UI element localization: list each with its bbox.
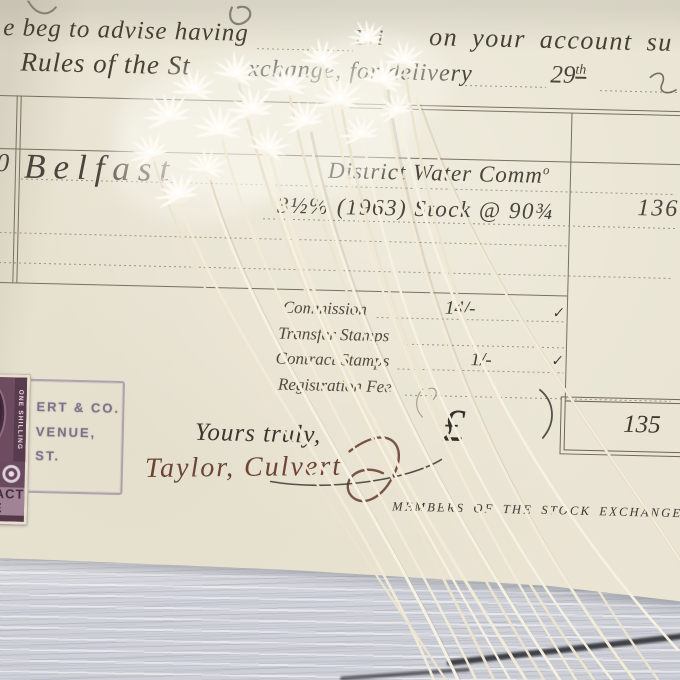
dotted-row-4 xyxy=(0,262,674,279)
office-stamp-line3: ST. xyxy=(35,444,122,471)
office-stamp-line1: ERT & CO. xyxy=(36,395,123,422)
footer-members-line: MEMBERS OF THE STOCK EXCHANGE, BELFA xyxy=(392,499,680,522)
ledger-amount: 136 xyxy=(637,195,680,223)
rule-money-column xyxy=(565,112,573,400)
advise-line-left: e beg to advise having xyxy=(3,14,249,48)
dotted-row-3 xyxy=(0,232,568,247)
delivery-day-suffix: th xyxy=(575,62,586,79)
fee-amount-contract: 1/- xyxy=(470,349,492,371)
pound-sign: £ xyxy=(441,399,465,453)
stamp-overprint-line2: TE xyxy=(0,501,24,516)
office-stamp-box: ERT & CO. VENUE, ST. xyxy=(22,379,125,495)
rules-line-mid: xchange, for delivery xyxy=(248,56,473,88)
fee-leader-2 xyxy=(402,344,564,349)
revenue-stamp: ONE SHILLING S RACT TE xyxy=(0,374,30,525)
after-day-flourish xyxy=(650,73,676,93)
rules-line-left: Rules of the St xyxy=(20,47,191,82)
king-portrait xyxy=(0,381,5,446)
printed-form: e beg to advise having Eri on your accou… xyxy=(0,0,680,620)
delivery-day-number: 29 xyxy=(550,61,576,89)
dotted-fill-after-day xyxy=(600,90,680,93)
total-value: 135 xyxy=(623,411,661,440)
paper-shadow-wrap: e beg to advise having Eri on your accou… xyxy=(0,0,680,680)
dotted-fill-delivery xyxy=(460,85,546,88)
rule-top-double xyxy=(350,107,680,116)
fee-label-registration: Registration Fee xyxy=(278,375,392,398)
rule-left-inner xyxy=(16,96,21,283)
fee-label-transfer: Transfer Stamps xyxy=(278,324,389,347)
advise-line-fragment: Eri xyxy=(355,24,384,51)
total-box: 135 xyxy=(559,396,680,457)
stamp-rosette xyxy=(0,462,23,486)
contract-note-paper: e beg to advise having Eri on your accou… xyxy=(0,0,680,608)
ledger-description-text: District Water Comm xyxy=(328,158,543,188)
stamp-foot-band xyxy=(0,515,24,522)
stamp-overprint-line1: RACT xyxy=(0,487,25,502)
delivery-day: 29th xyxy=(550,61,586,90)
account-line: on your account su xyxy=(429,22,673,58)
ledger-description: District Water Commo xyxy=(328,158,551,189)
ledger-description-sup: o xyxy=(543,163,551,177)
dotted-fill-line1 xyxy=(257,48,353,51)
top-flourish-left xyxy=(28,1,56,14)
total-box-inner xyxy=(564,400,680,453)
signature-text: Taylor, Culvert xyxy=(145,451,342,485)
pencil-scribble xyxy=(416,388,436,418)
fee-label-commission: Commission xyxy=(283,298,368,320)
stamp-overprint: RACT TE xyxy=(0,487,25,518)
ledger-qty: 0 xyxy=(0,148,10,178)
rule-top xyxy=(0,95,680,112)
ink-tick-1: ✓ xyxy=(552,305,566,323)
denomination-text: ONE SHILLING xyxy=(16,389,24,450)
revenue-stamp-denomination-band: ONE SHILLING xyxy=(13,377,27,461)
fee-label-contract: Contract Stamps xyxy=(275,349,389,372)
fee-amount-commission: 14/- xyxy=(445,298,476,321)
office-stamp-line2: VENUE, xyxy=(36,420,123,447)
signature-flourish-loop xyxy=(347,437,399,502)
ledger-place: Belfast xyxy=(24,147,178,191)
ink-tick-2: ✓ xyxy=(550,353,564,371)
closing-text: Yours truly, xyxy=(195,419,322,450)
rule-table-bottom xyxy=(0,282,567,297)
photo-stage: e beg to advise having Eri on your accou… xyxy=(0,0,680,680)
